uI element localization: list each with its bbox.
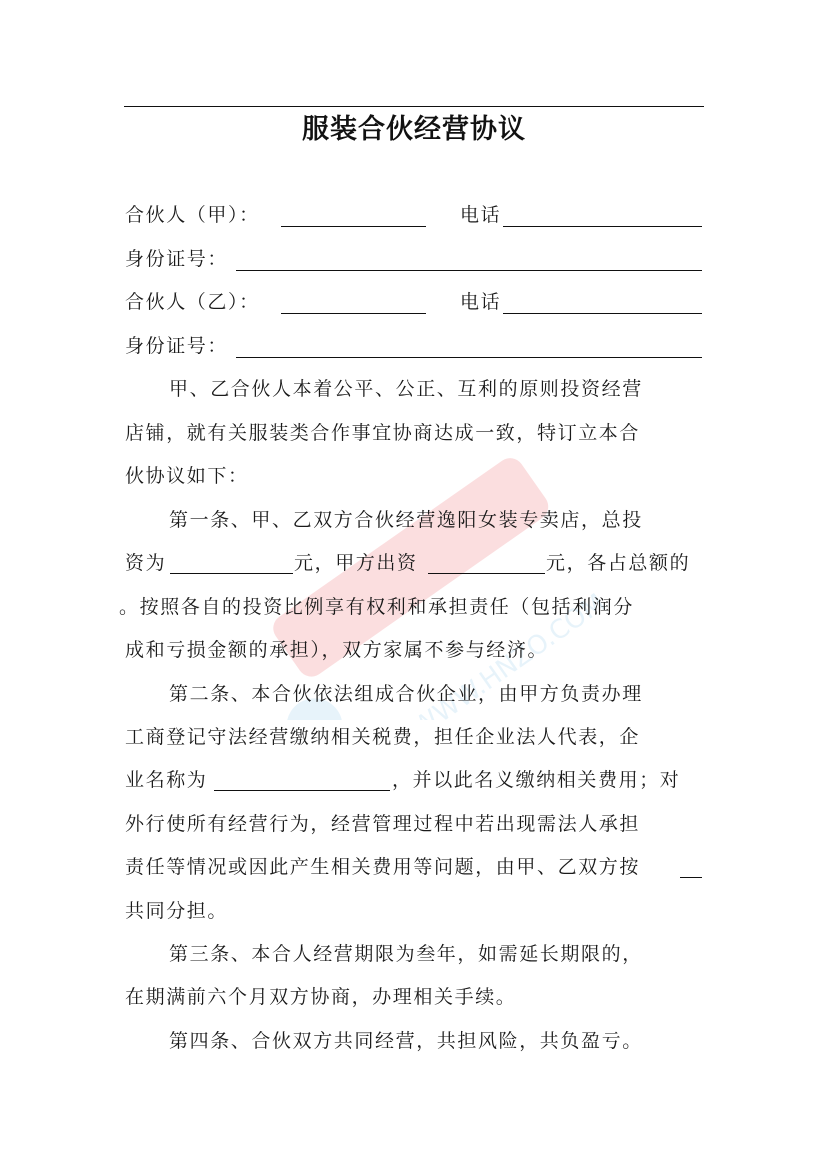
total-investment-field[interactable] (170, 573, 293, 574)
article2-line-6: 共同分担。 (125, 899, 228, 923)
phone-a-field[interactable] (503, 226, 702, 227)
document-title: 服装合伙经营协议 (124, 112, 704, 148)
intro-line-2: 店铺，就有关服装类合作事宜协商达成一致，特订立本合 (125, 421, 640, 445)
article1-line-3: 。按照各自的投资比例享有权利和承担责任（包括利润分 (119, 595, 634, 619)
article1-line-2-part-a: 资为 (125, 551, 166, 575)
header-rule (124, 106, 704, 107)
id-b-field[interactable] (236, 357, 702, 358)
article3-line-2: 在期满前六个月双方协商，办理相关手续。 (125, 985, 516, 1009)
article2-line-2: 工商登记守法经营缴纳相关税费，担任企业法人代表，企 (125, 725, 640, 749)
id-a-label: 身份证号： (125, 247, 228, 271)
article2-line-3-part-a: 业名称为 (125, 768, 207, 792)
phone-a-label: 电话 (460, 203, 501, 227)
partner-a-name-field[interactable] (281, 226, 426, 227)
article1-line-2-part-c: 元，各占总额的 (546, 551, 690, 575)
article1-line-2-part-b: 元，甲方出资 (294, 551, 418, 575)
article3-line-1: 第三条、本合人经营期限为叁年，如需延长期限的， (125, 942, 643, 966)
article2-line-3-part-b: ，并以此名义缴纳相关费用；对 (392, 768, 680, 792)
intro-line-3: 伙协议如下： (125, 464, 249, 488)
article2-line-4: 外行使所有经营行为，经营管理过程中若出现需法人承担 (125, 812, 640, 836)
partner-a-label: 合伙人（甲）： (125, 203, 260, 227)
phone-b-label: 电话 (460, 290, 501, 314)
article4-line-1: 第四条、合伙双方共同经营，共担风险，共负盈亏。 (125, 1029, 643, 1053)
company-name-field[interactable] (214, 790, 390, 791)
document-page: WWW.HNZO.COM 服装合伙经营协议 合伙人（甲）： 电话 身份证号： 合… (0, 0, 827, 1169)
id-b-label: 身份证号： (125, 334, 228, 358)
share-ratio-field[interactable] (680, 877, 702, 878)
partner-b-label: 合伙人（乙）： (125, 290, 260, 314)
id-a-field[interactable] (236, 270, 702, 271)
article1-line-1: 第一条、甲、乙双方合伙经营逸阳女装专卖店，总投 (125, 508, 643, 532)
article2-line-5: 责任等情况或因此产生相关费用等问题，由甲、乙双方按 (125, 855, 640, 879)
party-a-investment-field[interactable] (428, 573, 545, 574)
intro-line-1: 甲、乙合伙人本着公平、公正、互利的原则投资经营 (125, 377, 643, 401)
partner-b-name-field[interactable] (281, 313, 426, 314)
phone-b-field[interactable] (503, 313, 702, 314)
article1-line-4: 成和亏损金额的承担），双方家属不参与经济。 (125, 638, 548, 662)
article2-line-1: 第二条、本合伙依法组成合伙企业，由甲方负责办理 (125, 682, 643, 706)
